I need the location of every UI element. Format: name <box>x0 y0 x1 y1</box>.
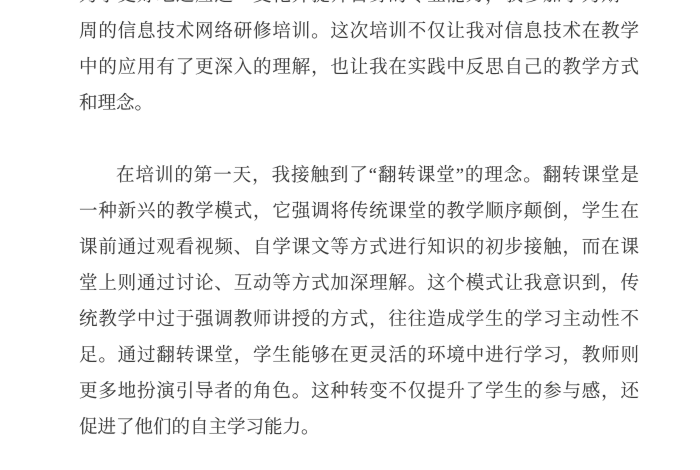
text-line: 足。通过翻转课堂，学生能够在更灵活的环境中进行学习，教师则 <box>79 338 639 374</box>
text-line: 课前通过观看视频、自学课文等方式进行知识的初步接触，而在课 <box>79 230 639 266</box>
text-line: 更多地扮演引导者的角色。这种转变不仅提升了学生的参与感，还 <box>79 374 639 410</box>
text-line: 一种新兴的教学模式，它强调将传统课堂的教学顺序颠倒，学生在 <box>79 194 639 230</box>
text-line: 周的信息技术网络研修培训。这次培训不仅让我对信息技术在教学 <box>79 14 639 50</box>
text-line: 在培训的第一天，我接触到了“翻转课堂”的理念。翻转课堂是 <box>79 158 639 194</box>
text-line: 中的应用有了更深入的理解，也让我在实践中反思自己的教学方式 <box>79 50 639 86</box>
paragraph-1: 为了更好地适应这一变化并提升自身的专业能力，我参加了为期一 周的信息技术网络研修… <box>79 0 639 122</box>
paragraph-2: 在培训的第一天，我接触到了“翻转课堂”的理念。翻转课堂是 一种新兴的教学模式，它… <box>79 158 639 446</box>
document-text: 为了更好地适应这一变化并提升自身的专业能力，我参加了为期一 周的信息技术网络研修… <box>79 0 639 446</box>
text-line: 和理念。 <box>79 86 639 122</box>
text-line: 统教学中过于强调教师讲授的方式，往往造成学生的学习主动性不 <box>79 302 639 338</box>
text-line: 堂上则通过讨论、互动等方式加深理解。这个模式让我意识到，传 <box>79 266 639 302</box>
text-line: 为了更好地适应这一变化并提升自身的专业能力，我参加了为期一 <box>79 0 639 14</box>
text-line: 促进了他们的自主学习能力。 <box>79 410 639 446</box>
